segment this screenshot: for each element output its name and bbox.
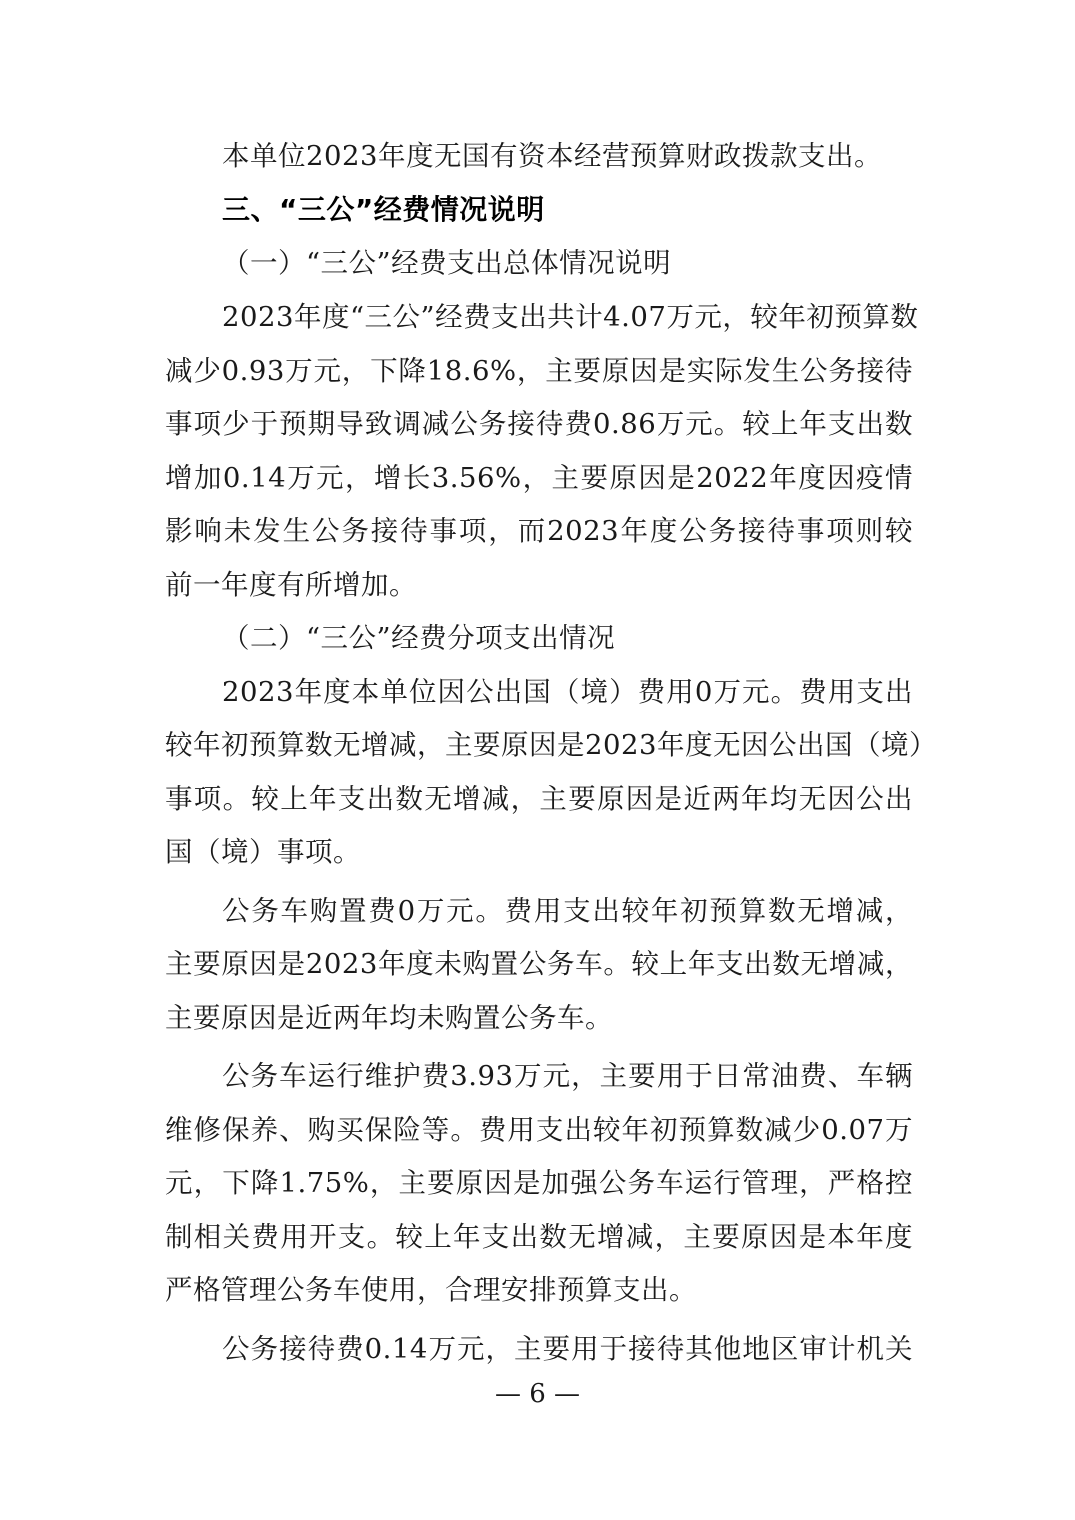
page-number: — 6 — xyxy=(0,1374,1075,1414)
paragraph-vehicle-purchase-line-3: 主要原因是近两年均未购置公务车。 xyxy=(165,998,913,1038)
paragraph-vehicle-maintenance-line-3: 元，下降1.75%，主要原因是加强公务车运行管理，严格控 xyxy=(165,1163,913,1203)
paragraph-overall-line-3: 事项少于预期导致调减公务接待费0.86万元。较上年支出数 xyxy=(165,404,913,444)
subheading-itemized-expenses: （二）“三公”经费分项支出情况 xyxy=(222,618,913,658)
paragraph-vehicle-purchase-line-2: 主要原因是2023年度未购置公务车。较上年支出数无增减， xyxy=(165,944,913,984)
paragraph-vehicle-maintenance-line-4: 制相关费用开支。较上年支出数无增减，主要原因是本年度 xyxy=(165,1217,913,1257)
paragraph-overseas-line-2: 较年初预算数无增减，主要原因是2023年度无因公出国（境） xyxy=(165,725,913,765)
paragraph-overall-line-1: 2023年度“三公”经费支出共计4.07万元，较年初预算数 xyxy=(222,297,913,337)
paragraph-vehicle-maintenance-line-5: 严格管理公务车使用，合理安排预算支出。 xyxy=(165,1270,913,1310)
subheading-overall-expenses: （一）“三公”经费支出总体情况说明 xyxy=(222,243,913,283)
paragraph-overall-line-4: 增加0.14万元，增长3.56%，主要原因是2022年度因疫情 xyxy=(165,458,913,498)
paragraph-overseas-line-4: 国（境）事项。 xyxy=(165,832,913,872)
paragraph-reception-line-1: 公务接待费0.14万元，主要用于接待其他地区审计机关 xyxy=(222,1329,913,1369)
paragraph-overall-line-6: 前一年度有所增加。 xyxy=(165,565,913,605)
paragraph-vehicle-maintenance-line-1: 公务车运行维护费3.93万元，主要用于日常油费、车辆 xyxy=(222,1056,913,1096)
document-page: 本单位2023年度无国有资本经营预算财政拨款支出。 三、“三公”经费情况说明 （… xyxy=(0,0,1075,1520)
section-heading-three-public-expenses: 三、“三公”经费情况说明 xyxy=(222,190,913,230)
paragraph-vehicle-maintenance-line-2: 维修保养、购买保险等。费用支出较年初预算数减少0.07万 xyxy=(165,1110,913,1150)
paragraph-overall-line-5: 影响未发生公务接待事项，而2023年度公务接待事项则较 xyxy=(165,511,913,551)
paragraph-overseas-line-3: 事项。较上年支出数无增减，主要原因是近两年均无因公出 xyxy=(165,779,913,819)
paragraph-overseas-line-1: 2023年度本单位因公出国（境）费用0万元。费用支出 xyxy=(222,672,913,712)
paragraph-overall-line-2: 减少0.93万元，下降18.6%，主要原因是实际发生公务接待 xyxy=(165,351,913,391)
paragraph-vehicle-purchase-line-1: 公务车购置费0万元。费用支出较年初预算数无增减， xyxy=(222,891,913,931)
paragraph-state-capital-budget: 本单位2023年度无国有资本经营预算财政拨款支出。 xyxy=(222,136,913,176)
